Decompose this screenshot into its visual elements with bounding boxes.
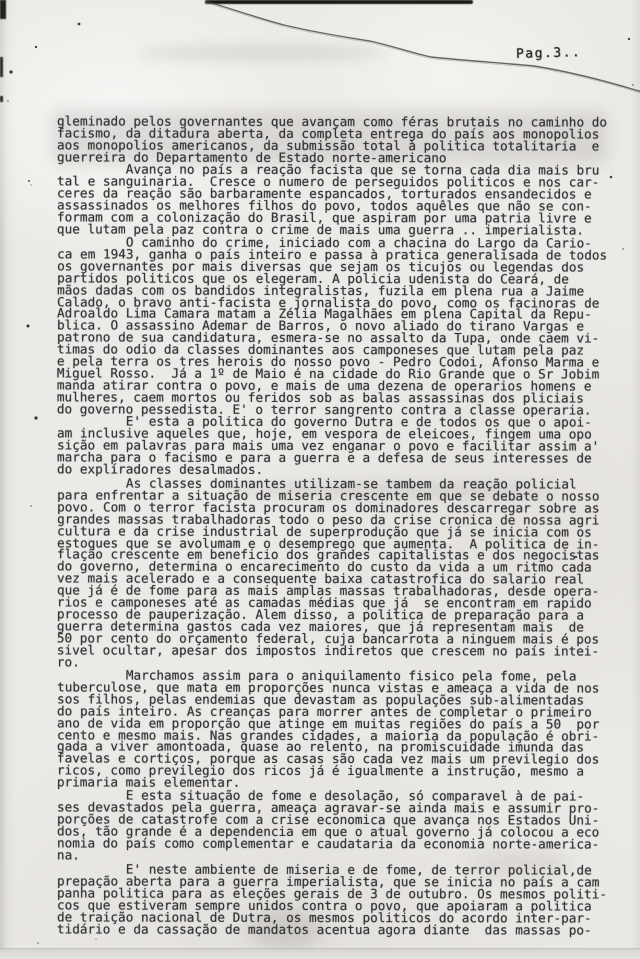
scan-edge-bottom [0, 948, 640, 959]
paragraph: E esta situação de fome e desolação, só … [57, 789, 615, 862]
paper-stain [138, 46, 386, 60]
paragraph: As classes dominantes utilizam-se tambem… [57, 478, 615, 670]
scan-edge-corner [0, 0, 6, 19]
scan-edge-left-mark [0, 96, 3, 102]
paragraph: E' neste ambiente de miseria e de fome, … [57, 864, 615, 937]
paragraph: O caminho do crime, iniciado com a chaci… [57, 236, 615, 416]
paragraph: Marchamos assim para o aniquilamento fis… [57, 669, 615, 789]
scanned-document-page: Pag.3.. gleminado pelos governantes que … [0, 0, 640, 959]
page-number: Pag.3.. [516, 45, 582, 62]
scan-edge-left-mark [0, 57, 3, 77]
document-body: gleminado pelos governantes que avançam … [57, 116, 615, 936]
scan-edge-top [205, 0, 473, 4]
paragraph: gleminado pelos governantes que avançam … [57, 115, 615, 164]
paragraph: Avança no país a reação facista que se t… [57, 163, 615, 236]
paragraph: E' esta a politica do governo Dutra e de… [57, 415, 615, 476]
